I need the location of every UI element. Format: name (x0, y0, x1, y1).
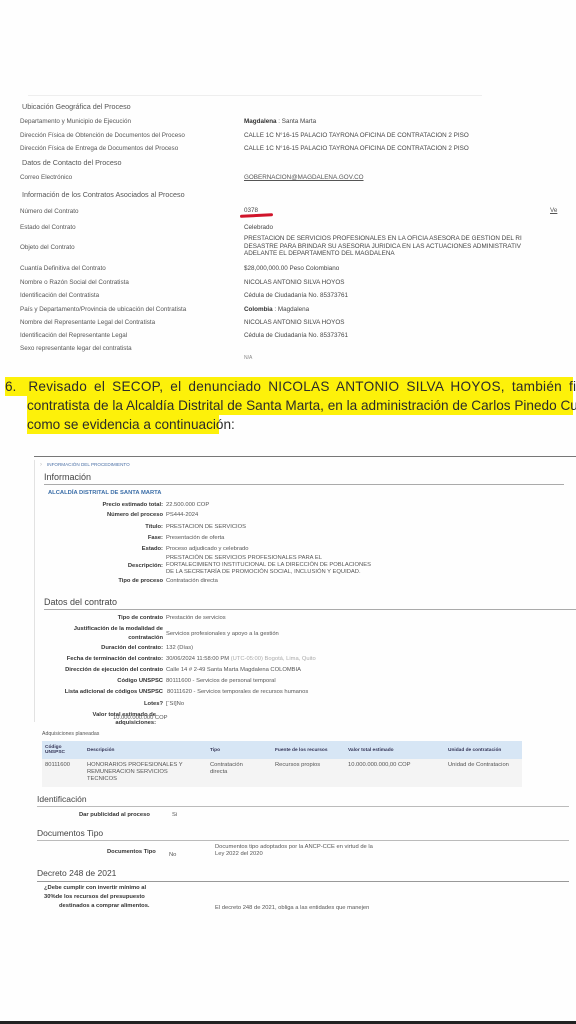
value-end-date: 30/06/2024 11:58:00 PM (UTC-05:00) Bogot… (166, 656, 316, 662)
department-bold: Magdalena (244, 118, 277, 125)
table-header-row: Código UNSPSC Descripción Tipo Fuente de… (42, 741, 522, 759)
value-justification: Servicios profesionales y apoyo a la ges… (166, 631, 279, 637)
row-value-contractor-id: Cédula de Ciudadanía No. 85373761 (244, 292, 348, 299)
row-value-department: Magdalena : Santa Marta (244, 118, 316, 125)
cell-source: Recursos propios (272, 759, 345, 787)
row-label-contract-object: Objeto del Contrato (20, 244, 75, 251)
value-phase: Presentación de oferta (166, 535, 224, 541)
value-additional-unspsc: 80111620 - Servicios temporales de recur… (167, 689, 308, 695)
label-process-type: Tipo de proceso (118, 578, 163, 584)
section-location-heading: Ubicación Geográfica del Proceso (22, 102, 131, 111)
label-duration: Duración del contrato: (101, 645, 163, 651)
label-estimated-price: Precio estimado total: (102, 502, 163, 508)
paragraph-line-2: contratista de la Alcaldía Distrital de … (27, 396, 573, 415)
breadcrumb-label: INFORMACIÓN DEL PROCEDIMIENTO (47, 462, 130, 467)
province: : Magdalena (273, 306, 309, 313)
cell-unit: Unidad de Contratacion (445, 759, 522, 787)
label-phase: Fase: (148, 535, 163, 541)
section-contact-heading: Datos de Contacto del Proceso (22, 158, 122, 167)
row-value-legal-rep-id: Cédula de Ciudadanía No. 85373761 (244, 332, 348, 339)
section-heading-contract: Datos del contrato (44, 597, 117, 607)
red-underline-annotation (240, 213, 273, 218)
section-heading-information: Información (44, 472, 91, 482)
value-estimated-price: 22.500.000 COP (166, 502, 209, 508)
label-execution-address: Dirección de ejecución del contrato (65, 667, 163, 673)
end-date: 30/06/2024 11:58:00 PM (166, 656, 229, 662)
row-label-contractor-location: País y Departamento/Provincia de ubicaci… (20, 306, 186, 313)
value-title: PRESTACION DE SERVICIOS (166, 524, 246, 530)
value-publicity: Si (172, 812, 177, 818)
label-doc-types: Documentos Tipo (107, 849, 156, 855)
section-contracts-heading: Información de los Contratos Asociados a… (22, 190, 185, 199)
section-rule (37, 840, 569, 841)
description-line: REMUNERACION SERVICIOS (87, 769, 204, 776)
label-additional-unspsc: Lista adicional de códigos UNSPSC (65, 689, 163, 695)
column-header: Valor total estimado (345, 741, 445, 759)
section-rule (44, 609, 576, 610)
description-line: TECNICOS (87, 776, 204, 783)
decree-answer: El decreto 248 de 2021, obliga a las ent… (215, 905, 369, 911)
row-value-contract-status: Celebrado (244, 224, 273, 231)
value-status: Proceso adjudicado y celebrado (166, 546, 249, 552)
acquisitions-table: Código UNSPSC Descripción Tipo Fuente de… (42, 741, 522, 787)
value-doc-types: No (169, 852, 176, 858)
column-header: Descripción (84, 741, 207, 759)
contract-number: 0378 (244, 207, 258, 214)
description-line: DE LA SECRETARÍA DE PROMOCIÓN SOCIAL, IN… (166, 569, 371, 576)
section-rule (37, 806, 569, 807)
description-line: Documentos tipo adoptados por la ANCP-CC… (215, 844, 373, 851)
row-value-address-deliver: CALLE 1C N°16-15 PALACIO TAYRONA OFICINA… (244, 145, 469, 152)
label-publicity: Dar publicidad al proceso (79, 812, 150, 818)
description-line: Ley 2022 del 2020 (215, 851, 373, 858)
capture2-left-border (34, 460, 35, 722)
type-line: directa (210, 769, 269, 776)
row-label-address-deliver: Dirección Física de Entrega de Documento… (20, 145, 178, 152)
paragraph-number: 6. (5, 379, 16, 394)
paragraph-text: Revisado el SECOP, el denunciado NICOLAS… (28, 379, 576, 394)
description-line: HONORARIOS PROFESIONALES Y (87, 762, 204, 769)
column-header: Fuente de los recursos (272, 741, 345, 759)
capture1-top-divider (28, 95, 482, 96)
label-unspsc: Código UNSPSC (117, 678, 163, 684)
row-label-legal-rep-sex: Sexo representante legar del contratista (20, 345, 132, 352)
row-label-contract-number: Número del Contrato (20, 208, 78, 215)
label-justification: Justificación de la modalidad de contrat… (74, 625, 163, 643)
email-link[interactable]: GOBERNACION@MAGDALENA.GOV.CO (244, 174, 364, 181)
label-line: contratación (74, 634, 163, 643)
value-duration: 132 (Días) (166, 645, 193, 651)
description-line: FORTALECIMIENTO INSTITUCIONAL DE LA DIRE… (166, 562, 371, 569)
cell-value: 10.000.000.000,00 COP (345, 759, 445, 787)
label-line: Justificación de la modalidad de (74, 625, 163, 634)
label-lots: Lotes? (144, 701, 163, 707)
row-value-amount: $28,000,000.00 Peso Colombiano (244, 265, 339, 272)
label-process-number: Número del proceso (107, 512, 163, 518)
description-line: PRESTACIÓN DE SERVICIOS PROFESIONALES PA… (166, 555, 371, 562)
label-title: Título: (145, 524, 163, 530)
cell-code: 80111600 (42, 759, 84, 787)
paragraph-line-1: 6.Revisado el SECOP, el denunciado NICOL… (5, 377, 573, 396)
row-value-contractor-location: Colombia : Magdalena (244, 306, 309, 313)
question-line: 30%de los recursos del presupuesto (44, 893, 150, 902)
row-value-contractor-name: NICOLAS ANTONIO SILVA HOYOS (244, 279, 344, 286)
row-value-cut-off: N/A (244, 355, 252, 361)
label-description: Descripción: (128, 563, 163, 569)
country-bold: Colombia (244, 306, 273, 313)
value-total-acquisitions: 10.000.000.000 COP (113, 715, 167, 721)
object-line: ADELANTE EL DEPARTAMENTO DEL MAGDALENA (244, 250, 574, 258)
row-label-department: Departamento y Municipio de Ejecución (20, 118, 131, 125)
row-value-contract-object: PRESTACION DE SERVICIOS PROFESIONALES EN… (244, 235, 574, 258)
timezone-note: (UTC-05:00) Bogotá, Lima, Quito (231, 656, 316, 662)
value-process-type: Contratación directa (166, 578, 218, 584)
label-decree-question: ¿Debe cumplir con invertir mínimo al 30%… (44, 884, 150, 911)
value-unspsc: 80111600 - Servicios de personal tempora… (166, 678, 276, 684)
section-heading-doc-types: Documentos Tipo (37, 828, 103, 838)
cell-description: HONORARIOS PROFESIONALES Y REMUNERACION … (84, 759, 207, 787)
breadcrumb[interactable]: ›INFORMACIÓN DEL PROCEDIMIENTO (40, 462, 130, 468)
row-label-contractor-name: Nombre o Razón Social del Contratista (20, 279, 129, 286)
type-line: Contratación (210, 762, 269, 769)
section-rule (37, 881, 569, 882)
value-contract-type: Prestación de servicios (166, 615, 226, 621)
section-heading-identification: Identificación (37, 794, 87, 804)
row-label-legal-rep-name: Nombre del Representante Legal del Contr… (20, 319, 155, 326)
view-contract-link[interactable]: Ve (550, 207, 557, 214)
row-label-contract-status: Estado del Contrato (20, 224, 76, 231)
row-label-legal-rep-id: Identificación del Representante Legal (20, 332, 127, 339)
municipality: : Santa Marta (277, 118, 317, 125)
table-row: 80111600 HONORARIOS PROFESIONALES Y REMU… (42, 759, 522, 787)
column-header: Código UNSPSC (42, 741, 84, 759)
cell-type: Contratación directa (207, 759, 272, 787)
object-line: DESASTRE PARA BRINDAR SU ASESORIA JURIDI… (244, 243, 574, 251)
doc-types-description: Documentos tipo adoptados por la ANCP-CC… (215, 844, 373, 858)
capture2-top-divider (34, 456, 576, 457)
value-execution-address: Calle 14 # 2-49 Santa Marta Magdalena CO… (166, 667, 301, 673)
row-label-amount: Cuantía Definitiva del Contrato (20, 265, 106, 272)
row-value-legal-rep-name: NICOLAS ANTONIO SILVA HOYOS (244, 319, 344, 326)
row-label-contractor-id: Identificación del Contratista (20, 292, 99, 299)
label-end-date: Fecha de terminación del contrato: (67, 656, 163, 662)
row-value-address-obtain: CALLE 1C N°16-15 PALACIO TAYRONA OFICINA… (244, 132, 469, 139)
paragraph-line-3: como se evidencia a continuación: (27, 415, 219, 434)
value-process-number: PS444-2024 (166, 512, 198, 518)
row-label-address-obtain: Dirección Física de Obtención de Documen… (20, 132, 185, 139)
value-description: PRESTACIÓN DE SERVICIOS PROFESIONALES PA… (166, 555, 371, 576)
chevron-right-icon: › (40, 462, 42, 468)
column-header: Unidad de contratación (445, 741, 522, 759)
value-lots: [ˉSI]No (166, 701, 184, 707)
section-heading-decree: Decreto 248 de 2021 (37, 868, 116, 878)
acquisitions-caption: Adquisiciones planeadas (42, 731, 99, 737)
object-line: PRESTACION DE SERVICIOS PROFESIONALES EN… (244, 235, 574, 243)
question-line: destinados a comprar alimentos. (44, 902, 150, 911)
label-contract-type: Tipo de contrato (118, 615, 163, 621)
label-status: Estado: (142, 546, 163, 552)
row-label-email: Correo Electrónico (20, 174, 72, 181)
question-line: ¿Debe cumplir con invertir mínimo al (44, 884, 150, 893)
entity-name: ALCALDÍA DISTRITAL DE SANTA MARTA (48, 490, 161, 496)
section-rule (44, 484, 564, 485)
column-header: Tipo (207, 741, 272, 759)
